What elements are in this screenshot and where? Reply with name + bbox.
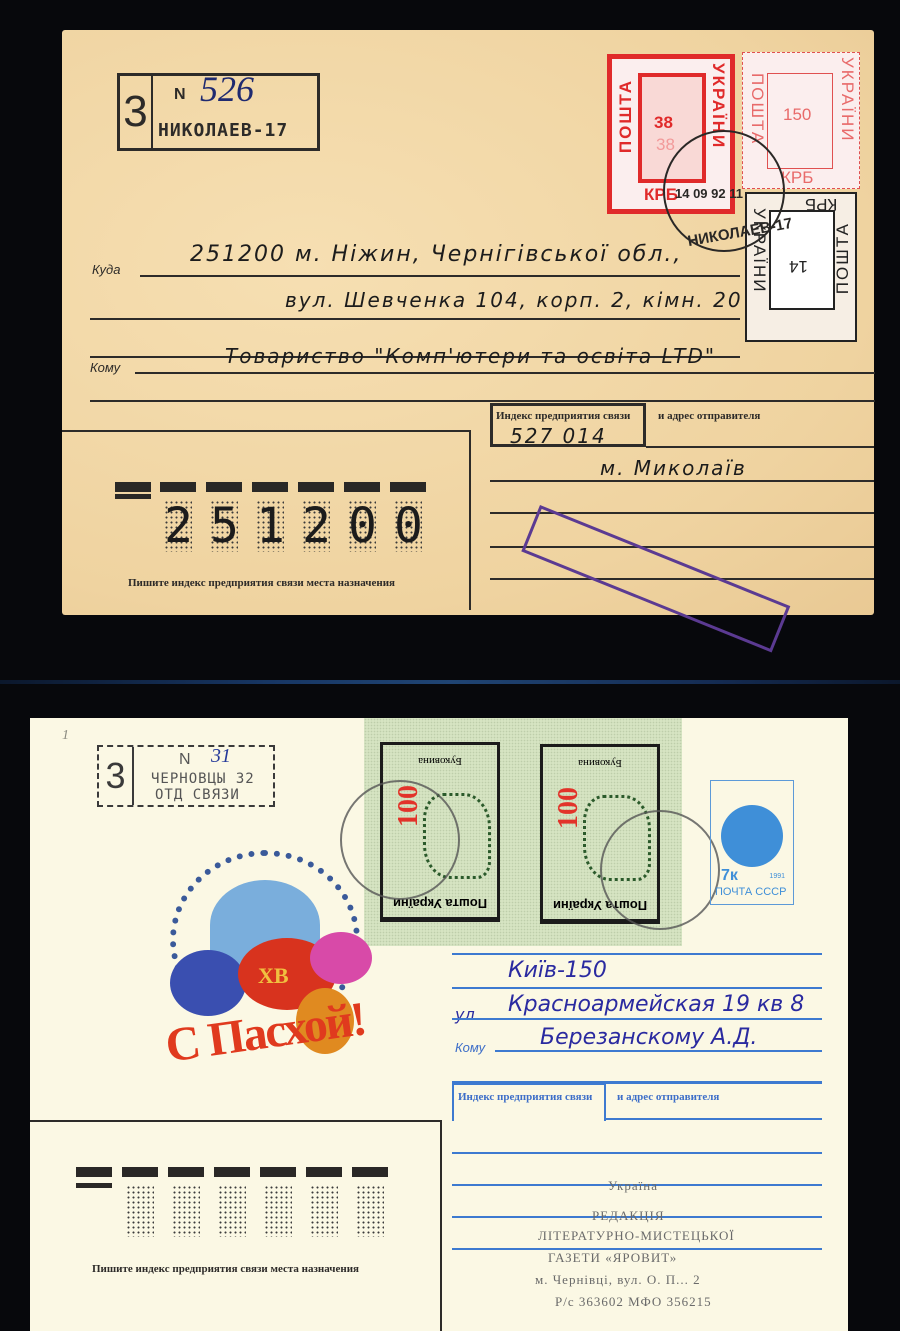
- form-divider: [30, 1120, 442, 1122]
- egg-text: ХВ: [258, 963, 289, 989]
- sender-address-label: и адрес отправителя: [617, 1091, 719, 1103]
- to-line-2: вул. Шевченка 104, корп. 2, кімн. 20: [285, 288, 743, 312]
- address-line: [90, 400, 875, 402]
- postmark-2b: [600, 810, 720, 930]
- code-digit-box: [310, 1185, 338, 1237]
- whom-line: Березанскому А.Д.: [540, 1025, 757, 1050]
- sender-index-label: Индекс предприятия связи: [458, 1091, 592, 1103]
- stamp-value-faint: 38: [656, 135, 675, 155]
- stamp-currency: КРБ: [781, 168, 813, 188]
- postcode-caption-2: Пишите индекс предприятия связи места на…: [92, 1263, 359, 1275]
- code-digit: 5: [210, 500, 239, 552]
- stamp-text-right: ПОШТА: [833, 222, 853, 294]
- form-divider-vertical: [440, 1120, 442, 1331]
- to-label: Куда: [92, 262, 120, 277]
- registration-number: 31: [211, 745, 231, 768]
- form-divider-vertical: [469, 430, 471, 610]
- address-line: [495, 1050, 822, 1052]
- registration-label-2: 3 N 31 ЧЕРНОВЦЫ 32 ОТД СВЯЗИ: [97, 745, 275, 807]
- sender-line: [452, 1152, 822, 1154]
- code-bar: [168, 1167, 204, 1177]
- sender-line: [646, 446, 874, 448]
- registration-office-line-2: ОТД СВЯЗИ: [155, 787, 240, 803]
- code-bar: [76, 1167, 112, 1177]
- code-digit: 0: [348, 500, 377, 552]
- stamp-value: 150: [783, 105, 811, 125]
- registration-label-1: 3 N 526 НИКОЛАЕВ-17: [117, 73, 320, 151]
- code-bar: [115, 494, 151, 499]
- postcode-caption-1: Пишите индекс предприятия связи места на…: [128, 577, 395, 589]
- code-digit-box: [264, 1185, 292, 1237]
- code-bar: [122, 1167, 158, 1177]
- cachet-line-4: ГАЗЕТИ «ЯРОВИТ»: [548, 1250, 677, 1266]
- imprint-year: 1991: [769, 873, 785, 880]
- address-line-2: Красноармейская 19 кв 8: [508, 992, 804, 1017]
- address-line-2-prefix: ул.: [455, 1005, 480, 1024]
- stamp-region: Буковина: [383, 755, 497, 767]
- stamp-value: 14: [789, 256, 808, 276]
- cachet-line-2: РЕДАКЦІЯ: [592, 1208, 665, 1224]
- address-line-1: Київ-150: [508, 958, 607, 983]
- sender-index-label: Индекс предприятия связи: [496, 410, 630, 422]
- code-digit: 2: [164, 500, 193, 552]
- address-line: [452, 953, 822, 955]
- code-bar: [390, 482, 426, 492]
- whom-line: Товариство "Комп'ютери та освіта LTD": [225, 344, 716, 368]
- cachet-line-3: ЛІТЕРАТУРНО-МИСТЕЦЬКОЇ: [538, 1228, 735, 1244]
- sender-line: [490, 480, 874, 482]
- address-line: [452, 987, 822, 989]
- stamp-text-left: ПОШТА: [616, 79, 636, 153]
- registration-office-line-1: ЧЕРНОВЦЫ 32: [151, 771, 255, 787]
- whom-label: Кому: [90, 360, 120, 375]
- address-line: [452, 1018, 822, 1020]
- code-bar: [344, 482, 380, 492]
- pencil-note: 1: [62, 728, 69, 744]
- code-digit-box: [172, 1185, 200, 1237]
- to-line-1: 251200 м. Ніжин, Чернігівської обл.,: [190, 242, 682, 267]
- address-line: [135, 372, 875, 374]
- code-bar: [214, 1167, 250, 1177]
- registration-class: 3: [120, 76, 153, 148]
- code-digit-box: [218, 1185, 246, 1237]
- registration-office: НИКОЛАЕВ-17: [158, 120, 288, 141]
- stamp-value: 100: [553, 787, 585, 829]
- egg-blue-icon: [170, 950, 246, 1016]
- code-bar: [206, 482, 242, 492]
- registration-number: 526: [200, 68, 254, 110]
- code-bar: [115, 482, 151, 492]
- stamp-value: 38: [654, 113, 673, 133]
- imprint-value: 7к: [721, 867, 738, 885]
- whom-label: Кому: [455, 1040, 485, 1055]
- cachet-line-5: м. Чернівці, вул. О. П... 2: [535, 1272, 701, 1288]
- code-bar: [76, 1183, 112, 1188]
- sender-index-value: 527 014: [510, 424, 607, 448]
- code-bar: [298, 482, 334, 492]
- code-bar: [252, 482, 288, 492]
- code-bar: [352, 1167, 388, 1177]
- code-digit: 1: [256, 500, 285, 552]
- form-divider: [62, 430, 470, 432]
- code-digit-box: [356, 1185, 384, 1237]
- registration-prefix: N: [179, 751, 191, 769]
- stamp-region: Буковина: [543, 757, 657, 769]
- address-line: [90, 318, 740, 320]
- code-digit: 0: [394, 500, 423, 552]
- imprinted-stamp-ussr: 7к 1991 ПОЧТА СССР: [710, 780, 794, 905]
- sender-line: [606, 1118, 822, 1120]
- cachet-line-6: Р/с 363602 МФО 356215: [555, 1294, 712, 1310]
- postmark-1: 14 09 92 11 НИКОЛАЕВ-17: [663, 130, 785, 252]
- address-line: [140, 275, 740, 277]
- code-digit: 2: [302, 500, 331, 552]
- stamp-text-right: УКРАЇНИ: [837, 57, 857, 142]
- imprint-text: ПОЧТА СССР: [715, 886, 786, 898]
- stamp-text-left: ПОШТА: [747, 73, 767, 145]
- registration-prefix: N: [174, 86, 186, 104]
- sender-city: м. Миколаїв: [600, 456, 747, 480]
- cachet-line-1: Україна: [608, 1178, 658, 1194]
- code-digit-box: [126, 1185, 154, 1237]
- egg-pink-icon: [310, 932, 372, 984]
- album-divider: [0, 680, 900, 684]
- sender-address-label: и адрес отправителя: [658, 410, 760, 422]
- code-bar: [260, 1167, 296, 1177]
- postmark-date: 14 09 92 11: [675, 186, 743, 201]
- code-bar: [306, 1167, 342, 1177]
- code-bar: [160, 482, 196, 492]
- stamp-currency: КРБ: [805, 194, 837, 214]
- globe-airplane-icon: [721, 805, 783, 867]
- registration-class: 3: [99, 747, 134, 805]
